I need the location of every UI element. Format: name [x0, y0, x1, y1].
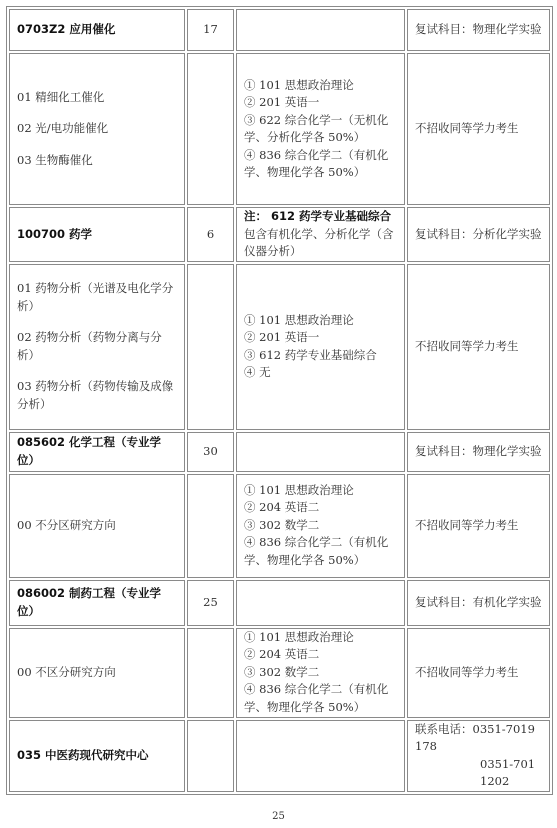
- major-code-name: 086002 制药工程（专业学位）: [17, 586, 161, 618]
- direction-item: 01 精细化工催化: [17, 89, 177, 107]
- exam-subject: ③ 302 数学二: [244, 664, 397, 682]
- contact-phone-2: 0351-7011202: [415, 756, 542, 791]
- quota-cell: 6: [187, 207, 234, 262]
- exam-subject: ④ 836 综合化学二（有机化学、物理化学各 50%）: [244, 534, 397, 569]
- note-cell: 复试科目：物理化学实验: [407, 9, 550, 51]
- contact-phone: 联系电话：0351-7019178: [415, 721, 542, 756]
- exam-cell: 注： 612 药学专业基础综合 包含有机化学、分析化学（含仪器分析）: [236, 207, 405, 262]
- table-row-department: 035 中医药现代研究中心 联系电话：0351-7019178 0351-701…: [9, 720, 550, 792]
- table-row-directions: 00 不区分研究方向 ① 101 思想政治理论 ② 204 英语二 ③ 302 …: [9, 628, 550, 718]
- exam-subject: ② 204 英语二: [244, 499, 397, 517]
- directions-cell: 01 药物分析（光谱及电化学分析） 02 药物分析（药物分离与分析） 03 药物…: [9, 264, 185, 430]
- table-row-major: 100700 药学 6 注： 612 药学专业基础综合 包含有机化学、分析化学（…: [9, 207, 550, 262]
- major-code-name: 0703Z2 应用催化: [17, 22, 115, 36]
- quota-cell: 30: [187, 432, 234, 472]
- exam-subject: ① 101 思想政治理论: [244, 482, 397, 500]
- exam-cell: [236, 580, 405, 626]
- note-cell: 不招收同等学力考生: [407, 474, 550, 578]
- direction-item: 01 药物分析（光谱及电化学分析）: [17, 280, 177, 315]
- exam-subject: ③ 622 综合化学一（无机化学、分析化学各 50%）: [244, 112, 397, 147]
- quota-cell: [187, 264, 234, 430]
- note-cell: 不招收同等学力考生: [407, 628, 550, 718]
- table-row-directions: 01 精细化工催化 02 光/电功能催化 03 生物酶催化 ① 101 思想政治…: [9, 53, 550, 205]
- directions-cell: 00 不分区研究方向: [9, 474, 185, 578]
- exam-subject: ① 101 思想政治理论: [244, 629, 397, 647]
- exam-cell: [236, 9, 405, 51]
- note-cell: 不招收同等学力考生: [407, 53, 550, 205]
- quota-cell: [187, 720, 234, 792]
- direction-item: 03 生物酶催化: [17, 152, 177, 170]
- exam-subject: ② 201 英语一: [244, 94, 397, 112]
- direction-item: 02 光/电功能催化: [17, 120, 177, 138]
- table-row-directions: 00 不分区研究方向 ① 101 思想政治理论 ② 204 英语二 ③ 302 …: [9, 474, 550, 578]
- department-name-cell: 035 中医药现代研究中心: [9, 720, 185, 792]
- note-cell: 复试科目：物理化学实验: [407, 432, 550, 472]
- note-cell: 复试科目：分析化学实验: [407, 207, 550, 262]
- direction-item: 03 药物分析（药物传输及成像分析）: [17, 378, 177, 413]
- quota-cell: [187, 53, 234, 205]
- quota-cell: 25: [187, 580, 234, 626]
- directions-cell: 00 不区分研究方向: [9, 628, 185, 718]
- directions-cell: 01 精细化工催化 02 光/电功能催化 03 生物酶催化: [9, 53, 185, 205]
- admissions-table: 0703Z2 应用催化 17 复试科目：物理化学实验 01 精细化工催化 02 …: [6, 6, 553, 795]
- table-row-major: 085602 化学工程（专业学位） 30 复试科目：物理化学实验: [9, 432, 550, 472]
- exam-cell: [236, 432, 405, 472]
- exam-subject: ④ 无: [244, 364, 397, 382]
- major-code-name-cell: 100700 药学: [9, 207, 185, 262]
- department-name: 035 中医药现代研究中心: [17, 748, 149, 762]
- exam-note-title: 注： 612 药学专业基础综合: [244, 208, 397, 226]
- exam-subject: ② 201 英语一: [244, 329, 397, 347]
- note-cell: 不招收同等学力考生: [407, 264, 550, 430]
- quota-cell: 17: [187, 9, 234, 51]
- exam-cell: ① 101 思想政治理论 ② 201 英语一 ③ 622 综合化学一（无机化学、…: [236, 53, 405, 205]
- table-row-directions: 01 药物分析（光谱及电化学分析） 02 药物分析（药物分离与分析） 03 药物…: [9, 264, 550, 430]
- direction-item: 00 不分区研究方向: [17, 517, 177, 535]
- exam-subject: ④ 836 综合化学二（有机化学、物理化学各 50%）: [244, 147, 397, 182]
- exam-cell: ① 101 思想政治理论 ② 201 英语一 ③ 612 药学专业基础综合 ④ …: [236, 264, 405, 430]
- exam-subject: ④ 836 综合化学二（有机化学、物理化学各 50%）: [244, 681, 397, 716]
- note-cell: 复试科目：有机化学实验: [407, 580, 550, 626]
- table-row-major: 086002 制药工程（专业学位） 25 复试科目：有机化学实验: [9, 580, 550, 626]
- quota-cell: [187, 628, 234, 718]
- contact-cell: 联系电话：0351-7019178 0351-7011202: [407, 720, 550, 792]
- table-row-major: 0703Z2 应用催化 17 复试科目：物理化学实验: [9, 9, 550, 51]
- exam-subject: ③ 612 药学专业基础综合: [244, 347, 397, 365]
- exam-subject: ② 204 英语二: [244, 646, 397, 664]
- exam-cell: ① 101 思想政治理论 ② 204 英语二 ③ 302 数学二 ④ 836 综…: [236, 628, 405, 718]
- exam-cell: [236, 720, 405, 792]
- major-code-name-cell: 0703Z2 应用催化: [9, 9, 185, 51]
- exam-subject: ③ 302 数学二: [244, 517, 397, 535]
- major-code-name-cell: 085602 化学工程（专业学位）: [9, 432, 185, 472]
- major-code-name-cell: 086002 制药工程（专业学位）: [9, 580, 185, 626]
- major-code-name: 100700 药学: [17, 227, 92, 241]
- direction-item: 00 不区分研究方向: [17, 664, 177, 682]
- exam-subject: ① 101 思想政治理论: [244, 77, 397, 95]
- exam-cell: ① 101 思想政治理论 ② 204 英语二 ③ 302 数学二 ④ 836 综…: [236, 474, 405, 578]
- direction-item: 02 药物分析（药物分离与分析）: [17, 329, 177, 364]
- major-code-name: 085602 化学工程（专业学位）: [17, 435, 161, 467]
- exam-note-body: 包含有机化学、分析化学（含仪器分析）: [244, 226, 397, 261]
- exam-subject: ① 101 思想政治理论: [244, 312, 397, 330]
- page-number: 25: [0, 811, 557, 822]
- quota-cell: [187, 474, 234, 578]
